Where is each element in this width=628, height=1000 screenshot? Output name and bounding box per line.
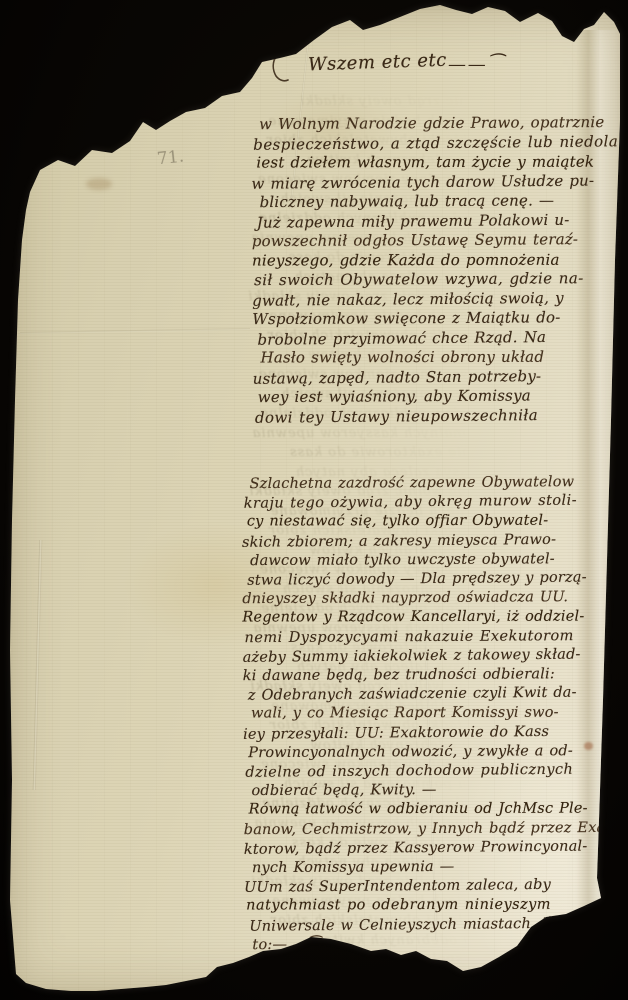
paper-shadow-wrap: om psotęga wolnic zrąd oweiy składkiseym…: [0, 0, 628, 1000]
edge-vignette: [0, 0, 628, 1000]
pencil-annotation: № Dawidow: [60, 83, 156, 105]
manuscript-page: om psotęga wolnic zrąd oweiy składkiseym…: [0, 0, 628, 1000]
scanned-document: om psotęga wolnic zrąd oweiy składkiseym…: [0, 0, 628, 1000]
